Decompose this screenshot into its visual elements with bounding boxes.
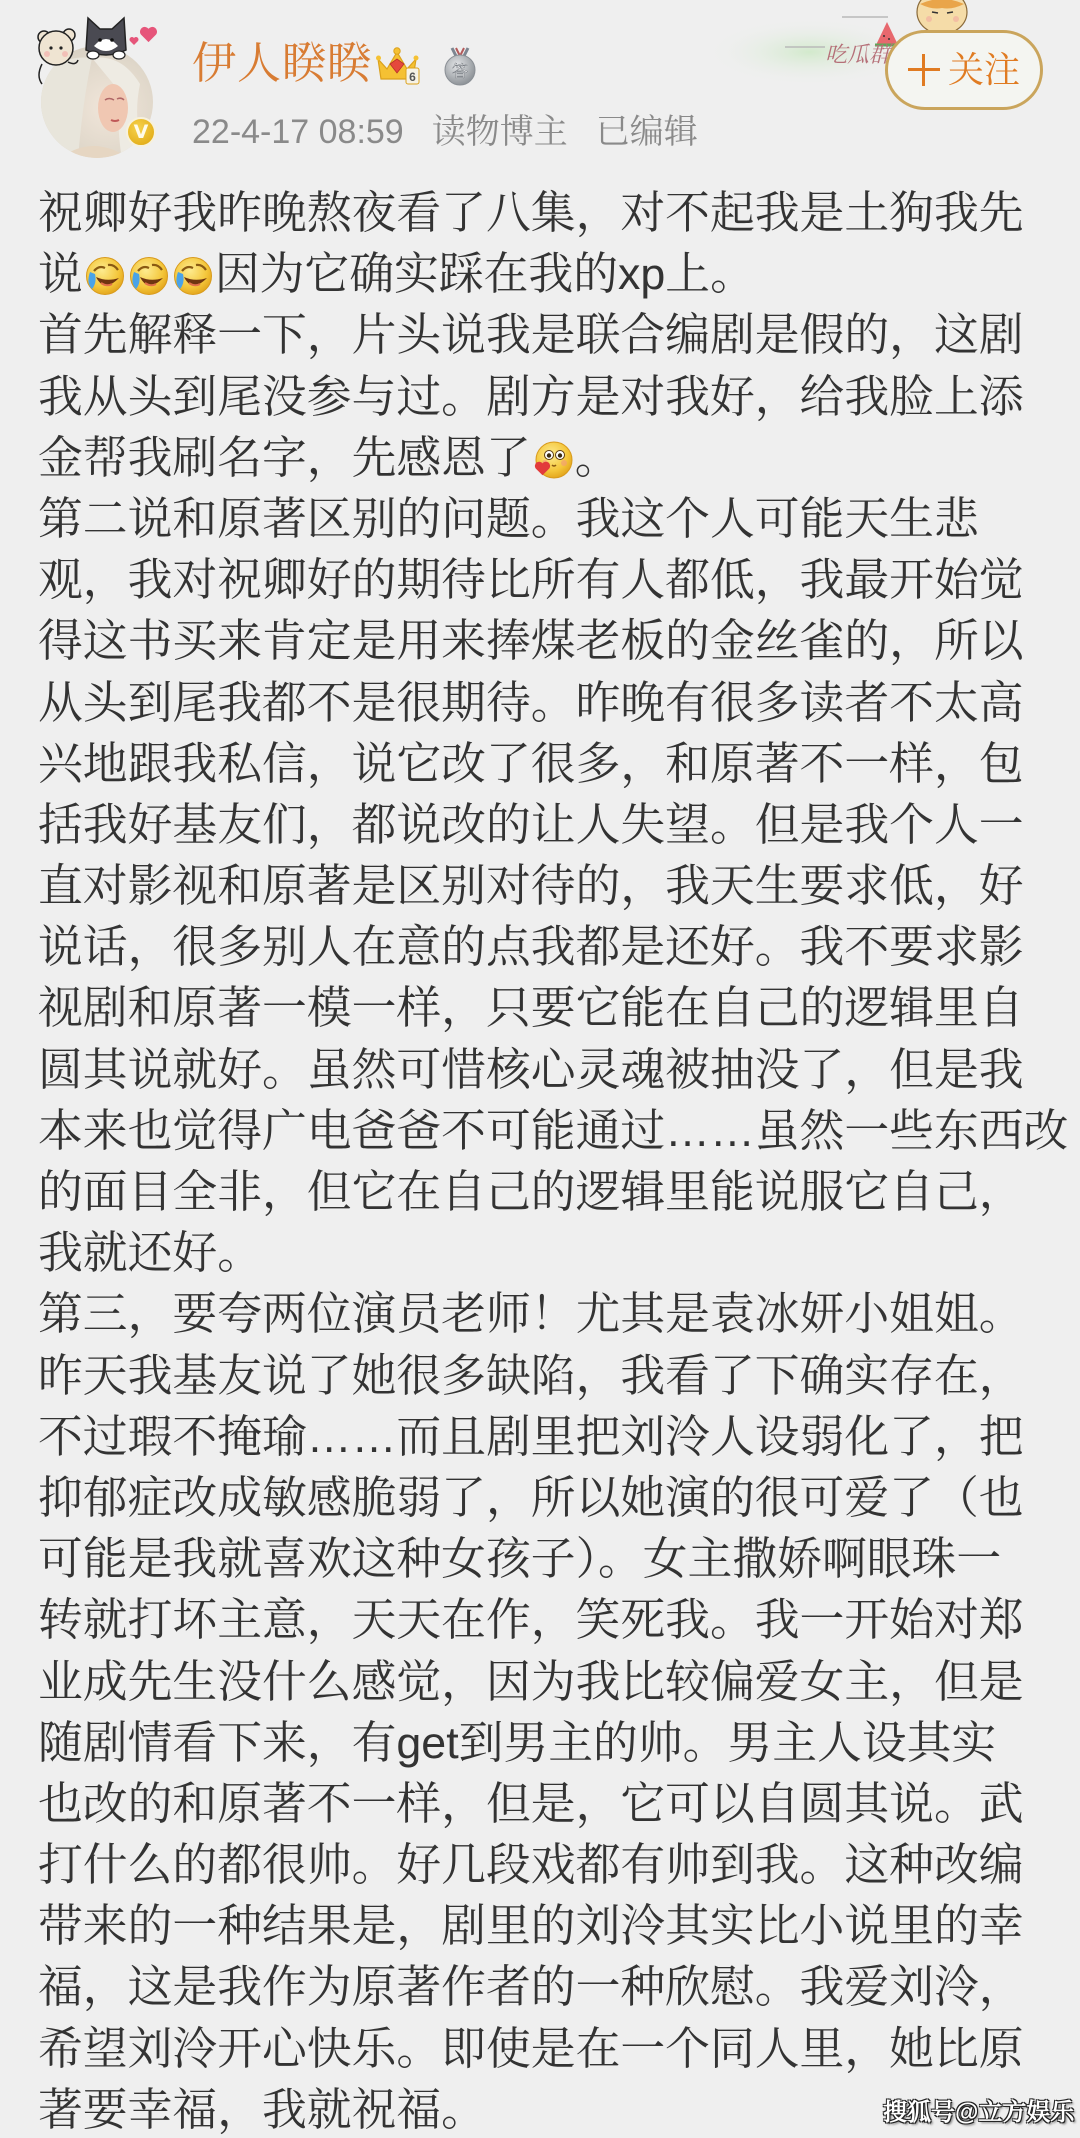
body-line: 得这书买来肯定是用来捧煤老板的金丝雀的，所以 [38, 611, 1068, 672]
body-line: 金帮我刷名字，先感恩了。 [38, 428, 1068, 489]
user-name[interactable]: 伊人睽睽 [192, 38, 372, 90]
body-line: 抑郁症改成敏感脆弱了，所以她演的很可爱了（也 [38, 1468, 1068, 1529]
verified-mark: V [134, 123, 149, 142]
body-line: 昨天我基友说了她很多缺陷，我看了下确实存在， [38, 1346, 1068, 1407]
body-line: 括我好基友们，都说改的让人失望。但是我个人一 [38, 795, 1068, 856]
body-line: 观，我对祝卿好的期待比所有人都低，我最开始觉 [38, 550, 1068, 611]
crown-level-icon[interactable]: 6 [375, 46, 421, 86]
body-line: 圆其说就好。虽然可惜核心灵魂被抽没了，但是我 [38, 1040, 1068, 1101]
plus-icon [908, 54, 940, 86]
body-text: 。 [575, 433, 620, 483]
crown-level-number: 6 [409, 70, 416, 84]
body-line: 带来的一种结果是，剧里的刘泠其实比小说里的幸 [38, 1896, 1068, 1957]
paragraph-3: 第二说和原著区别的问题。我这个人可能天生悲 观，我对祝卿好的期待比所有人都低，我… [38, 489, 1068, 1284]
body-line: 我就还好。 [38, 1223, 1068, 1284]
body-line: 也改的和原著不一样，但是，它可以自圆其说。武 [38, 1774, 1068, 1835]
body-line: 可能是我就喜欢这种女孩子）。女主撒娇啊眼珠一 [38, 1529, 1068, 1590]
card-decoration-text: 吃瓜群 [825, 42, 894, 67]
body-text: 因为它确实踩在我的xp上。 [215, 249, 755, 299]
body-line: 从头到尾我都不是很期待。昨晚有很多读者不太高 [38, 673, 1068, 734]
body-line: 第二说和原著区别的问题。我这个人可能天生悲 [38, 489, 1068, 550]
paragraph-1: 祝卿好我昨晚熬夜看了八集，对不起我是土狗我先 说因为它确实踩在我的xp上。 [38, 183, 1068, 305]
body-line: 业成先生没什么感觉，因为我比较偏爱女主，但是 [38, 1652, 1068, 1713]
paragraph-4: 第三，要夸两位演员老师！尤其是袁冰妍小姐姐。 昨天我基友说了她很多缺陷，我看了下… [38, 1284, 1068, 2138]
body-line: 本来也觉得广电爸爸不可能通过……虽然一些东西改 [38, 1101, 1068, 1162]
body-line: 随剧情看下来，有get到男主的帅。男主人设其实 [38, 1713, 1068, 1774]
post-time: 22-4-17 08:59 [192, 112, 404, 152]
body-line: 福，这是我作为原著作者的一种欣慰。我爱刘泠， [38, 1957, 1068, 2018]
body-text: 说 [38, 249, 83, 299]
verified-badge: V [126, 117, 156, 147]
body-line: 希望刘泠开心快乐。即使是在一个同人里，她比原 [38, 2019, 1068, 2080]
answer-medal-icon[interactable]: 答 [442, 46, 478, 86]
body-line: 的面目全非，但它在自己的逻辑里能说服它自己， [38, 1162, 1068, 1223]
user-category: 读物博主 [432, 112, 568, 152]
body-line: 我从头到尾没参与过。剧方是对我好，给我脸上添 [38, 367, 1068, 428]
laugh-cry-emoji [85, 256, 125, 296]
body-line: 兴地跟我私信，说它改了很多，和原著不一样，包 [38, 734, 1068, 795]
edited-label: 已编辑 [596, 112, 698, 152]
body-line: 转就打坏主意，天天在作，笑死我。我一开始对郑 [38, 1590, 1068, 1651]
body-line: 说话，很多别人在意的点我都是还好。我不要求影 [38, 917, 1068, 978]
heart-blush-emoji [533, 440, 573, 480]
body-line: 祝卿好我昨晚熬夜看了八集，对不起我是土狗我先 [38, 183, 1068, 244]
medal-char: 答 [452, 63, 468, 81]
laugh-cry-emoji [173, 256, 213, 296]
body-line: 第三，要夸两位演员老师！尤其是袁冰妍小姐姐。 [38, 1284, 1068, 1345]
body-line: 首先解释一下，片头说我是联合编剧是假的，这剧 [38, 305, 1068, 366]
source-watermark: 搜狐号@立方娱乐 [883, 2099, 1074, 2127]
body-line: 直对影视和原著是区别对待的，我天生要求低，好 [38, 856, 1068, 917]
body-text: 金帮我刷名字，先感恩了 [38, 433, 531, 483]
paragraph-2: 首先解释一下，片头说我是联合编剧是假的，这剧 我从头到尾没参与过。剧方是对我好，… [38, 305, 1068, 489]
body-line: 不过瑕不掩瑜……而且剧里把刘泠人设弱化了，把 [38, 1407, 1068, 1468]
laugh-cry-emoji [129, 256, 169, 296]
body-line: 视剧和原著一模一样，只要它能在自己的逻辑里自 [38, 978, 1068, 1039]
body-line: 说因为它确实踩在我的xp上。 [38, 244, 1068, 305]
post-meta: 22-4-17 08:59 读物博主 已编辑 [192, 112, 698, 152]
post-body: 祝卿好我昨晚熬夜看了八集，对不起我是土狗我先 说因为它确实踩在我的xp上。 首先… [38, 183, 1068, 2138]
follow-button[interactable]: 关注 [885, 30, 1043, 110]
follow-label: 关注 [948, 50, 1020, 90]
body-line: 打什么的都很帅。好几段戏都有帅到我。这种改编 [38, 1835, 1068, 1896]
